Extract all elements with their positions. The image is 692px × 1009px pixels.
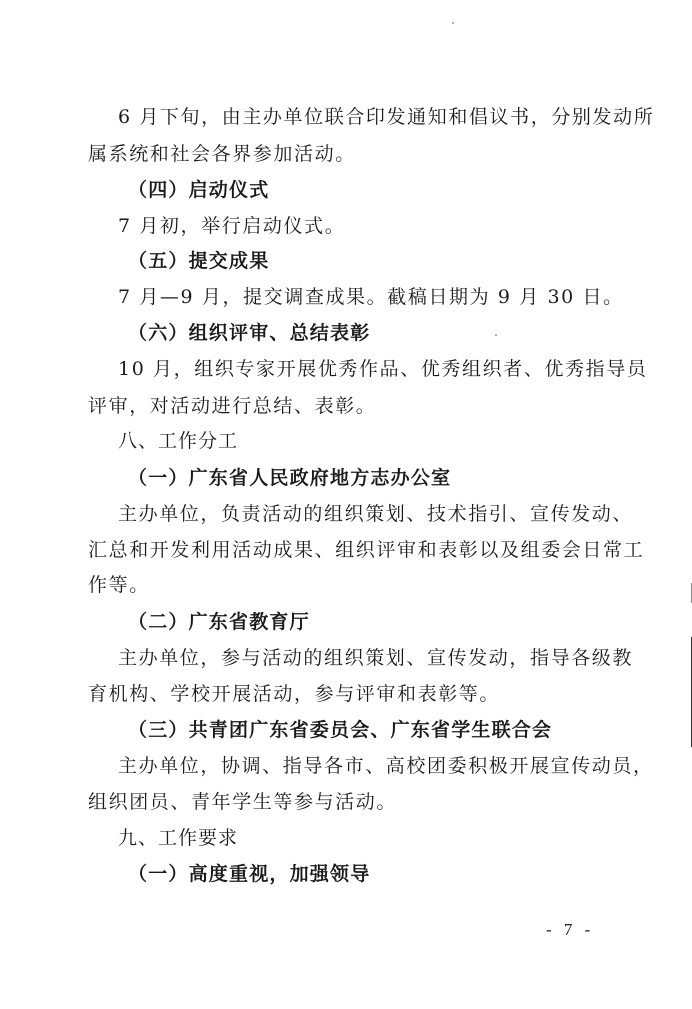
paragraph-line: 主办单位，参与活动的组织策划、宣传发动，指导各级教 [118,645,638,671]
paragraph-line: 作等。 [88,572,608,598]
paragraph-line: 评审，对活动进行总结、表彰。 [88,393,608,419]
paragraph-line: 10 月，组织专家开展优秀作品、优秀组织者、优秀指导员 [118,356,638,382]
paragraph-line: 主办单位，协调、指导各市、高校团委积极开展宣传动员， [118,753,638,779]
document-page: 6 月下旬，由主办单位联合印发通知和倡议书，分别发动所 属系统和社会各界参加活动… [0,0,692,1009]
paragraph-line: 7 月—9 月，提交调查成果。截稿日期为 9 月 30 日。 [118,284,638,310]
paragraph-line: 汇总和开发利用活动成果、组织评审和表彰以及组委会日常工 [88,537,608,563]
paragraph-line: 主办单位，负责活动的组织策划、技术指引、宣传发动、 [118,501,638,527]
section-heading: 九、工作要求 [118,825,638,851]
subheading: （一）广东省人民政府地方志办公室 [128,465,648,491]
paragraph-line: 7 月初，举行启动仪式。 [118,213,638,239]
section-heading: 八、工作分工 [118,428,638,454]
paragraph-line: 育机构、学校开展活动，参与评审和表彰等。 [88,681,608,707]
subheading: （三）共青团广东省委员会、广东省学生联合会 [128,717,648,743]
subheading: （五）提交成果 [128,248,648,274]
page-number: - 7 - [546,920,594,940]
scan-speck [495,334,497,336]
paragraph-line: 组织团员、青年学生等参与活动。 [88,789,608,815]
subheading: （二）广东省教育厅 [128,609,648,635]
scan-speck [452,22,454,24]
subheading: （四）启动仪式 [128,177,648,203]
subheading: （六）组织评审、总结表彰 [128,320,648,346]
subheading: （一）高度重视，加强领导 [128,861,648,887]
paragraph-line: 属系统和社会各界参加活动。 [88,141,608,167]
paragraph-line: 6 月下旬，由主办单位联合印发通知和倡议书，分别发动所 [118,104,638,130]
